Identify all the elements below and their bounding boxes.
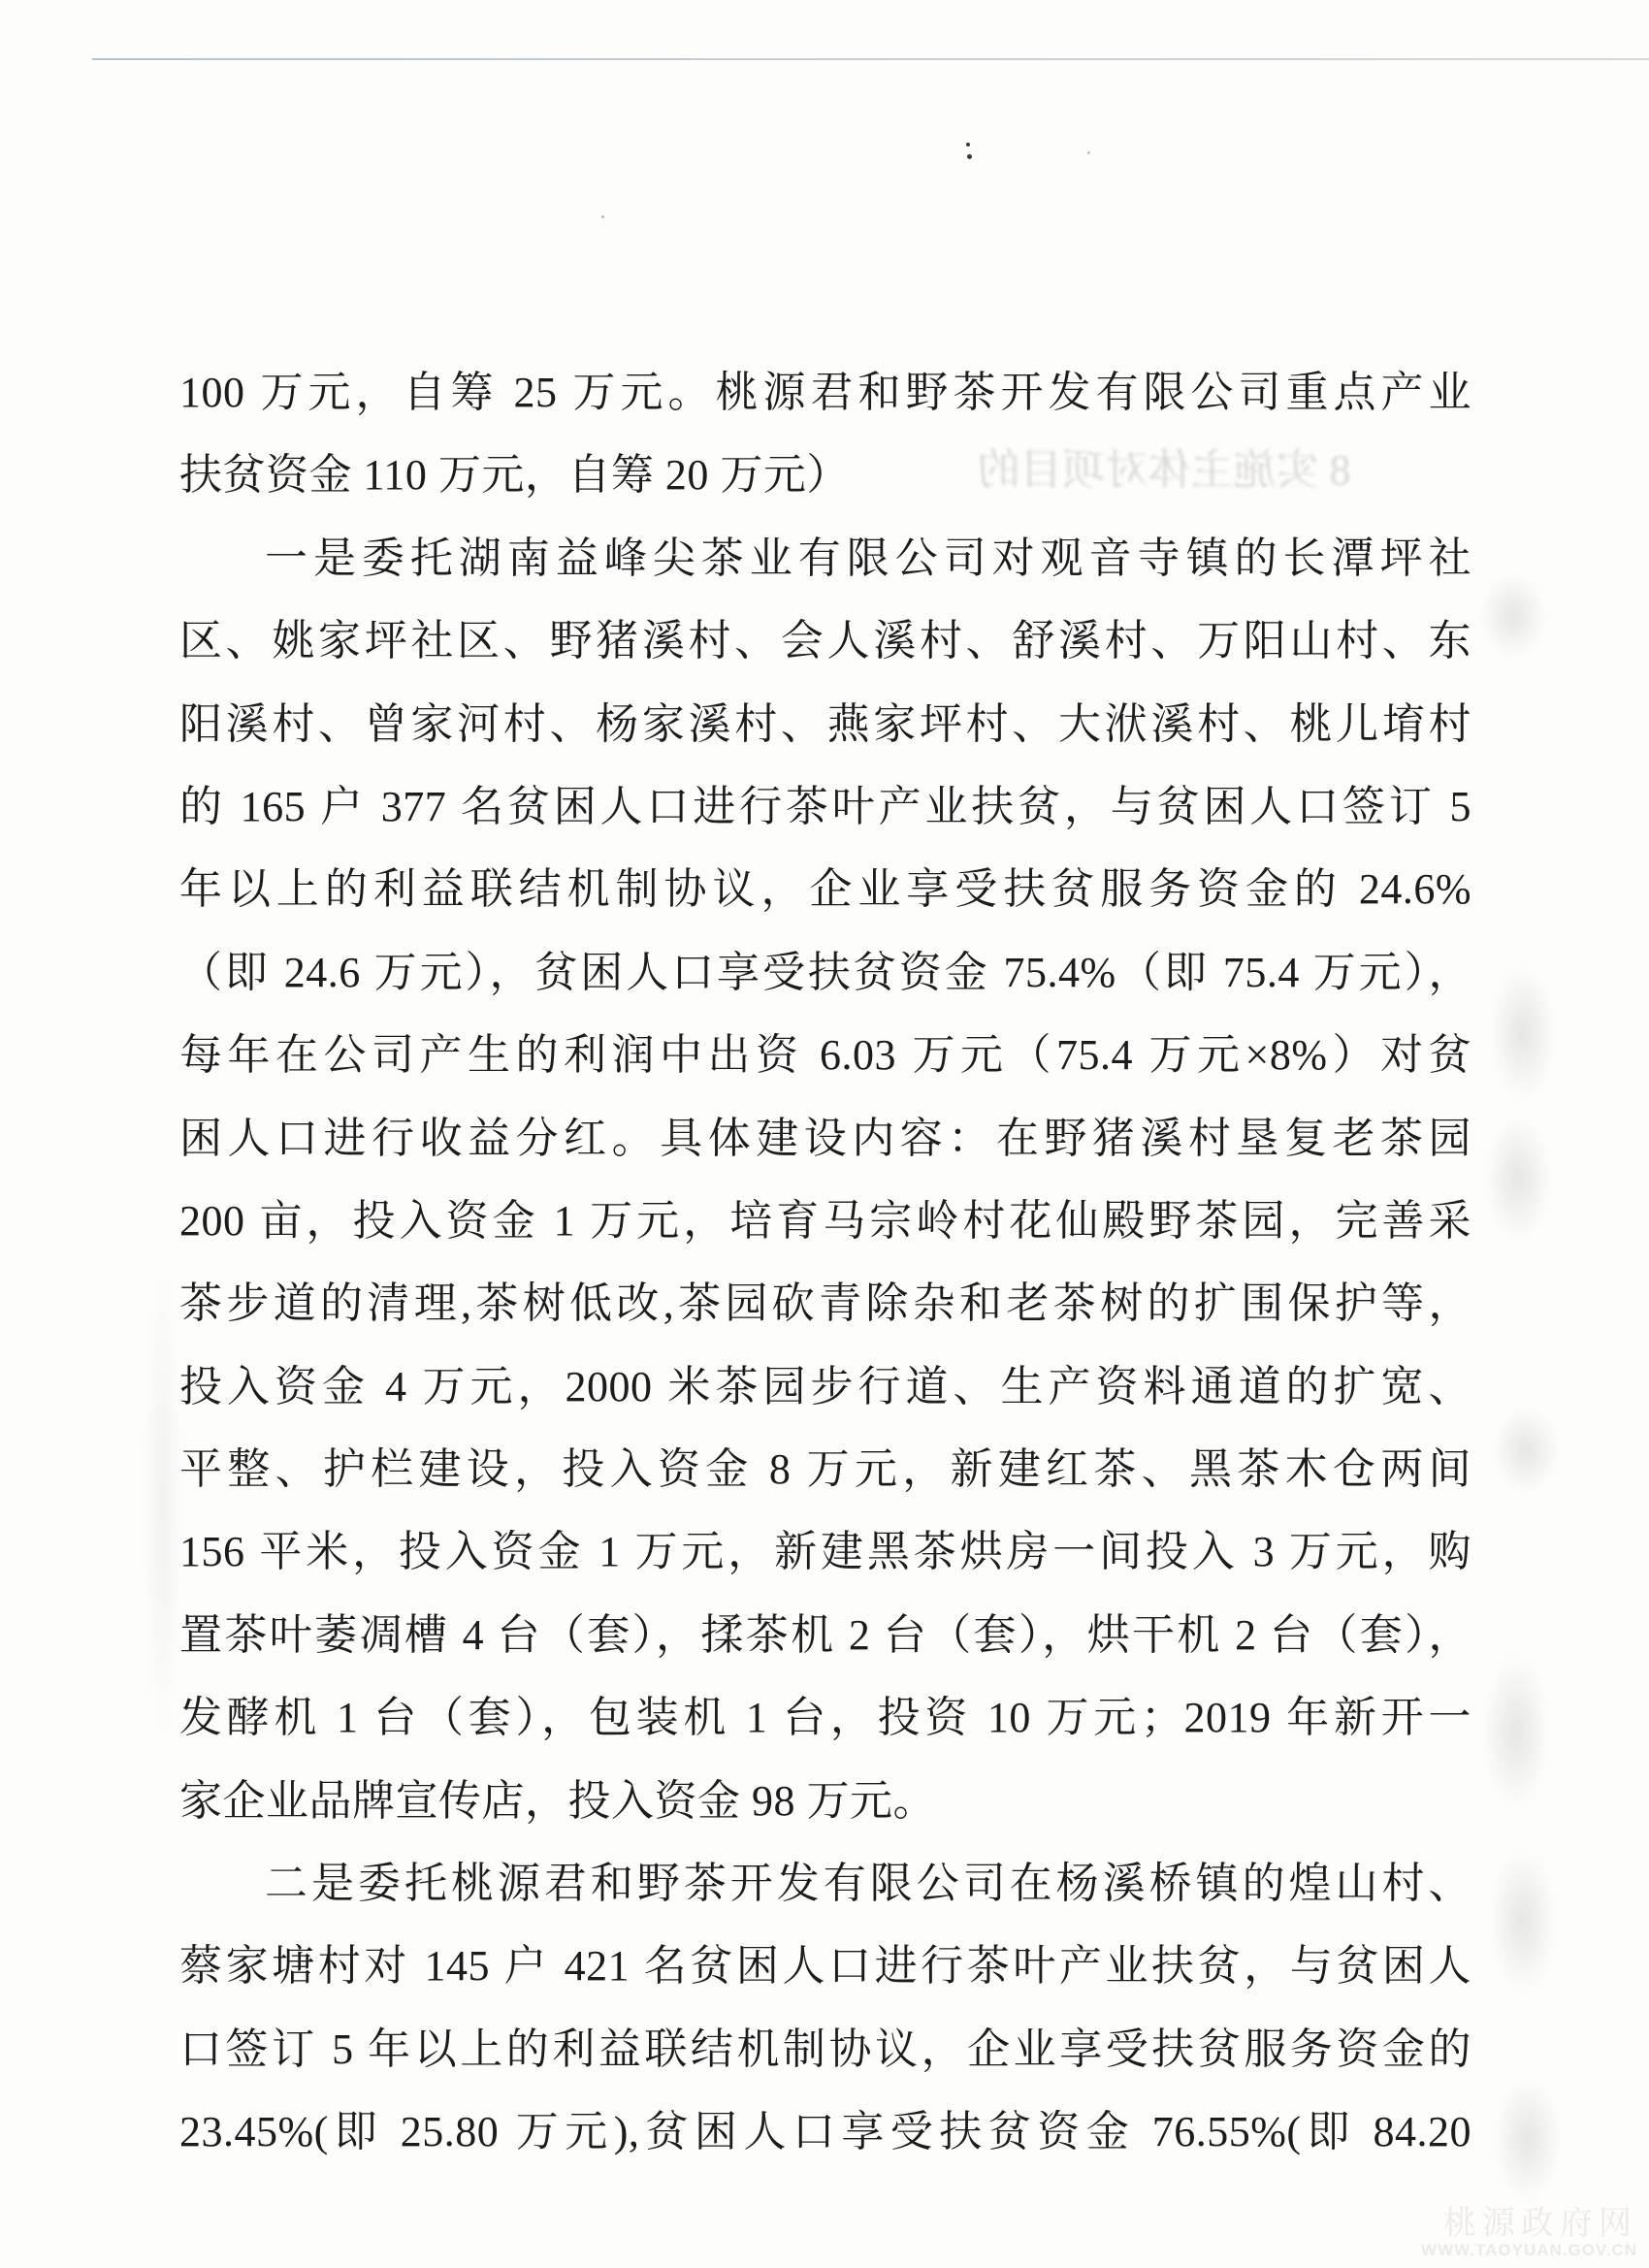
text-line-paragraph-start: 二是委托桃源君和野茶开发有限公司在杨溪桥镇的煌山村、 — [179, 1842, 1471, 1925]
text-line: 23.45%(即 25.80 万元),贫困人口享受扶贫资金 76.55%(即 8… — [179, 2090, 1471, 2173]
bleed-through-smudge — [1484, 1116, 1552, 1242]
scanner-line-artifact — [92, 58, 1649, 60]
text-line: 困人口进行收益分红。具体建设内容：在野猪溪村垦复老茶园 — [179, 1097, 1471, 1180]
ink-speck — [601, 215, 604, 218]
bleed-through-smudge — [1494, 2076, 1562, 2202]
ink-speck — [1087, 151, 1090, 154]
text-line: 平整、护栏建设，投入资金 8 万元，新建红茶、黑茶木仓两间 — [179, 1428, 1471, 1510]
bleed-through-smudge — [1482, 1654, 1550, 1809]
text-line: 蔡家塘村对 145 户 421 名贫困人口进行茶叶产业扶贫，与贫困人 — [179, 1925, 1471, 2007]
text-line: 的 165 户 377 名贫困人口进行茶叶产业扶贫，与贫困人口签订 5 — [179, 765, 1471, 848]
text-line: 区、姚家坪社区、野猪溪村、会人溪村、舒溪村、万阳山村、东 — [179, 599, 1471, 682]
ink-speck — [966, 143, 970, 146]
text-line: 投入资金 4 万元，2000 米茶园步行道、生产资料通道的扩宽、 — [179, 1345, 1471, 1428]
text-line: 每年在公司产生的利润中出资 6.03 万元（75.4 万元×8%）对贫 — [179, 1014, 1471, 1096]
watermark-site-url: WWW.TAOYUAN.GOV.CN — [1421, 2241, 1637, 2260]
ink-speck — [967, 154, 972, 159]
bleed-through-smudge — [1489, 965, 1557, 1101]
scanned-document-page: 8 实施主体对项目的 100 万元，自筹 25 万元。桃源君和野茶开发有限公司重… — [0, 0, 1649, 2268]
text-line: 阳溪村、曾家河村、杨家溪村、燕家坪村、大洑溪村、桃儿堉村 — [179, 683, 1471, 765]
text-line: 156 平米，投入资金 1 万元，新建黑茶烘房一间投入 3 万元，购 — [179, 1510, 1471, 1593]
bleed-through-smudge — [1479, 572, 1547, 660]
text-line: 口签订 5 年以上的利益联结机制协议，企业享受扶贫服务资金的 — [179, 2008, 1471, 2090]
text-line: （即 24.6 万元），贫困人口享受扶贫资金 75.4%（即 75.4 万元）， — [179, 931, 1471, 1014]
watermark-site-name: 桃源政府网 — [1421, 2208, 1637, 2241]
text-line: 年以上的利益联结机制协议，企业享受扶贫服务资金的 24.6% — [179, 848, 1471, 930]
text-line-paragraph-start: 一是委托湖南益峰尖茶业有限公司对观音寺镇的长潭坪社 — [179, 517, 1471, 599]
text-line: 茶步道的清理,茶树低改,茶园砍青除杂和老茶树的扩围保护等， — [179, 1262, 1471, 1345]
text-line: 100 万元，自筹 25 万元。桃源君和野茶开发有限公司重点产业 — [179, 351, 1471, 434]
text-line: 扶贫资金 110 万元，自筹 20 万元） — [179, 434, 1471, 516]
site-watermark: 桃源政府网 WWW.TAOYUAN.GOV.CN — [1421, 2208, 1637, 2260]
document-body: 100 万元，自筹 25 万元。桃源君和野茶开发有限公司重点产业 扶贫资金 11… — [179, 351, 1471, 2174]
text-line: 家企业品牌宣传店，投入资金 98 万元。 — [179, 1760, 1471, 1842]
bleed-through-smudge — [1492, 1407, 1560, 1494]
bleed-through-smudge — [1489, 1848, 1557, 1993]
text-line: 置茶叶萎凋槽 4 台（套），揉茶机 2 台（套），烘干机 2 台（套）， — [179, 1594, 1471, 1676]
text-line: 200 亩，投入资金 1 万元，培育马宗岭村花仙殿野茶园，完善采 — [179, 1180, 1471, 1262]
text-line: 发酵机 1 台（套），包装机 1 台，投资 10 万元；2019 年新开一 — [179, 1676, 1471, 1759]
bleed-through-smudge — [144, 1261, 182, 1746]
